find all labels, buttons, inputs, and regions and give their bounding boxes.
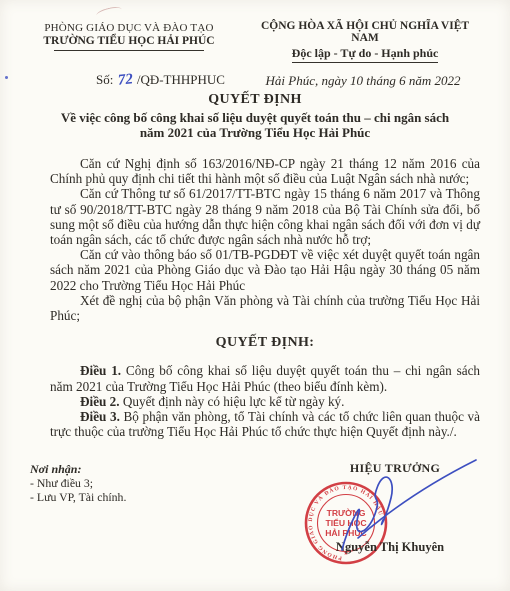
article-3-label: Điều 3. [80,409,120,424]
article-2: Điều 2. Quyết định này có hiệu lực kể từ… [50,394,480,409]
article-2-label: Điều 2. [80,394,120,409]
scanned-decision-document: PHÒNG GIÁO DỤC VÀ ĐÀO TẠO TRƯỜNG TIỂU HỌ… [0,0,510,591]
preamble-paragraph: Căn cứ Thông tư số 61/2017/TT-BTC ngày 1… [50,186,480,247]
header-underline [54,50,204,51]
recipient-item: - Lưu VP, Tài chính. [30,491,126,505]
handwritten-number: 72 [117,71,134,89]
national-motto: Độc lập - Tự do - Hạnh phúc [292,46,439,63]
signature-loops [342,477,392,550]
subtitle-line-2: năm 2021 của Trường Tiểu Học Hải Phúc [0,125,510,140]
parent-agency-name: PHÒNG GIÁO DỤC VÀ ĐÀO TẠO [28,22,230,34]
article-3: Điều 3. Bộ phận văn phòng, tổ Tài chính … [50,409,480,439]
preamble-paragraph: Căn cứ Nghị định số 163/2016/NĐ-CP ngày … [50,156,480,186]
document-body: Căn cứ Nghị định số 163/2016/NĐ-CP ngày … [50,156,480,439]
issuing-agency-block: PHÒNG GIÁO DỤC VÀ ĐÀO TẠO TRƯỜNG TIỂU HỌ… [28,22,230,51]
article-2-text: Quyết định này có hiệu lực kể từ ngày ký… [120,394,345,409]
document-title: QUYẾT ĐỊNH [0,92,510,108]
ink-dot-artifact [5,76,8,79]
recipient-item: - Như điều 3; [30,477,126,491]
recipients-block: Nơi nhận: - Như điều 3; - Lưu VP, Tài ch… [30,463,126,504]
pencil-mark-artifact [95,5,122,20]
place-date-line: Hải Phúc, ngày 10 tháng 6 năm 2022 [250,73,476,89]
number-label: Số: [96,72,113,87]
preamble-paragraph: Căn cứ vào thông báo số 01/TB-PGDĐT về v… [50,247,480,293]
document-number-line: Số: 72 /QĐ-THHPHUC [96,72,225,89]
decision-heading: QUYẾT ĐỊNH: [50,335,480,350]
article-1-label: Điều 1. [80,363,121,378]
preamble-paragraph: Xét đề nghị của bộ phận Văn phòng và Tài… [50,293,480,323]
article-1: Điều 1. Công bố công khai số liệu duyệt … [50,363,480,393]
handwritten-signature [328,452,480,564]
national-motto-block: CỘNG HÒA XÃ HỘI CHỦ NGHĨA VIỆT NAM Độc l… [250,20,480,63]
number-suffix: /QĐ-THHPHUC [137,72,225,87]
recipients-heading: Nơi nhận: [30,463,126,477]
school-name: TRƯỜNG TIỂU HỌC HẢI PHÚC [28,35,230,47]
country-name: CỘNG HÒA XÃ HỘI CHỦ NGHĨA VIỆT NAM [250,20,480,44]
document-subtitle: Về việc công bố công khai số liệu duyệt … [0,110,510,140]
subtitle-line-1: Về việc công bố công khai số liệu duyệt … [0,110,510,125]
